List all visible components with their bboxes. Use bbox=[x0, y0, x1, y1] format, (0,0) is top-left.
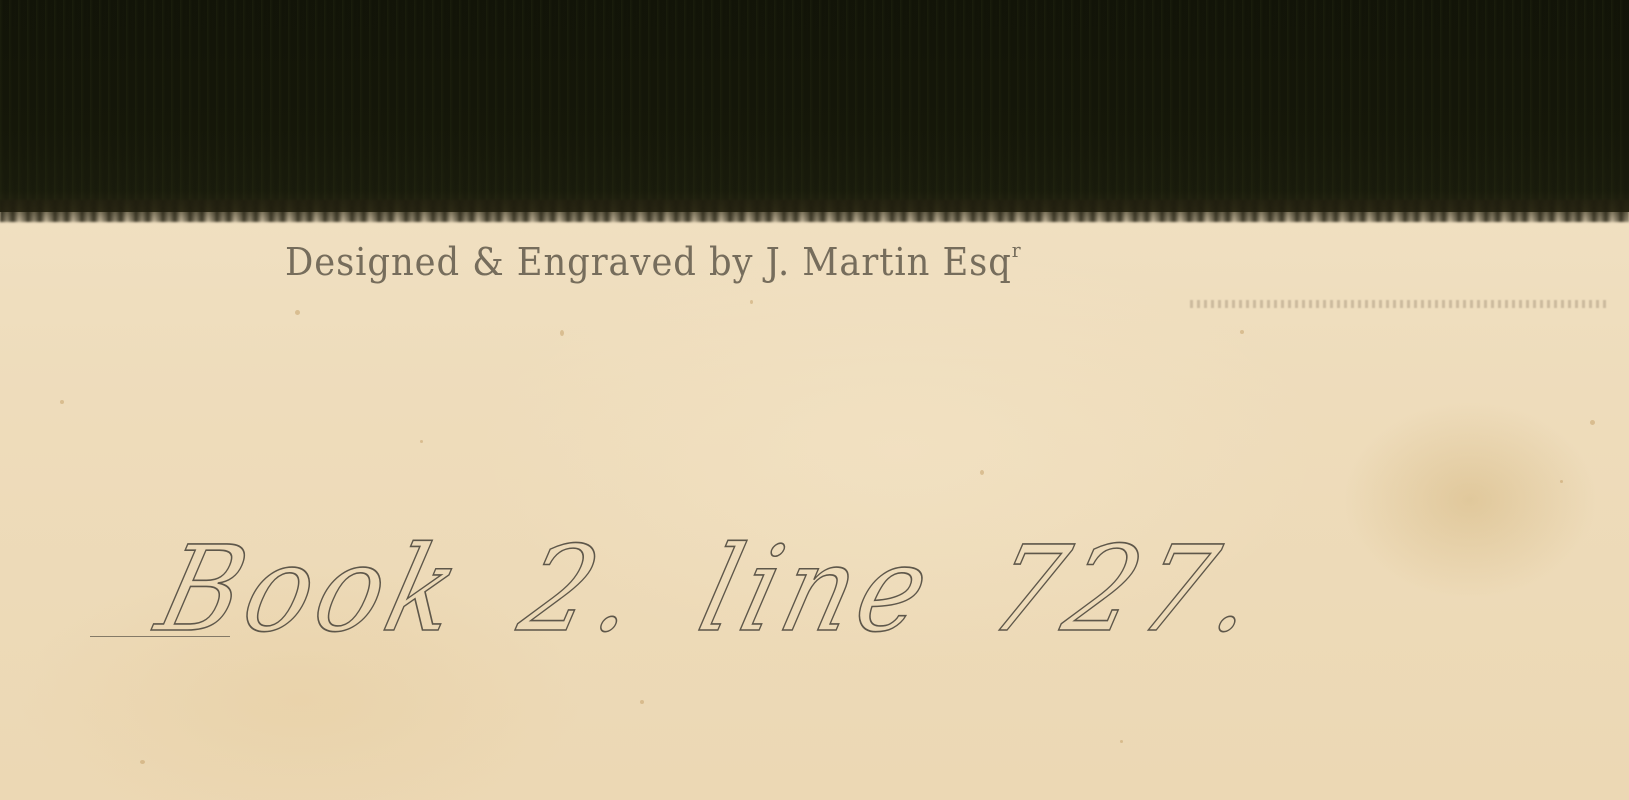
inscription-book-number: 2. bbox=[508, 520, 657, 658]
engraved-plate-dark-area bbox=[0, 0, 1629, 212]
inscription-book: Book bbox=[146, 520, 479, 658]
credit-superscript: r bbox=[1012, 238, 1022, 262]
engraving-scan: Designed & Engraved by J. Martin Esqr Bo… bbox=[0, 0, 1629, 800]
credit-text: Designed & Engraved by J. Martin Esq bbox=[285, 240, 1012, 284]
engraver-credit-line: Designed & Engraved by J. Martin Esqr bbox=[285, 238, 1022, 284]
plate-mark-edge bbox=[0, 200, 1629, 222]
script-inscription: Book2.line727. bbox=[146, 520, 1340, 658]
faint-offset-text bbox=[1190, 300, 1610, 308]
inscription-line-number: 727. bbox=[977, 520, 1275, 658]
inscription-line: line bbox=[687, 520, 947, 658]
